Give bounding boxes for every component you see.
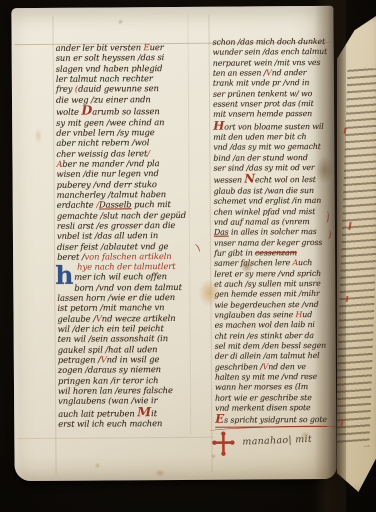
ink-text: born /vnd von dem talmut — [74, 282, 182, 293]
ink-text: ten wil /sein assonshait (in — [58, 333, 168, 344]
ink-text: lassen horn /wie er die uden — [57, 292, 175, 303]
ink-text: wann her morses es (Im — [215, 382, 308, 392]
ink-text: ort von bloame susten wil — [224, 122, 323, 132]
ink-text: nd wecze artikeln — [102, 313, 176, 324]
ink-text: uch — [298, 258, 312, 267]
ink-text: geschriben / — [215, 362, 263, 371]
ink-text: wessen — [214, 176, 245, 185]
ink-text: et auch /sy sullen mit unsre — [214, 279, 320, 289]
ink-text: nerpauret wein /mit vns ves — [213, 58, 321, 68]
ink-text: slagen vnd haben phlegid — [56, 63, 163, 74]
rubricated-text: M — [137, 404, 151, 419]
rubricated-text: D — [81, 103, 92, 118]
ink-text: samer falschen lere — [214, 258, 292, 268]
ink-text: cessenzam — [255, 248, 297, 257]
ink-text: gaukel spil /hat all uden — [58, 344, 158, 355]
ink-text: ler talmut nach rechter — [56, 73, 153, 84]
ink-text: trank mit vnde pr /vnd in — [213, 78, 309, 88]
ink-text: vnd /das sy mit wo gemacht — [213, 142, 321, 152]
text-column-a: ander ler bit versten Euersun er solt he… — [56, 42, 213, 430]
ink-text: nd den ve — [268, 362, 306, 371]
rubricated-text: / — [147, 148, 150, 158]
catchword: manahao| mit — [242, 434, 312, 448]
ink-text: Dasselb — [99, 199, 132, 209]
ink-text: vnser nama der keger gross — [214, 237, 322, 247]
ink-text: auch lait petruben — [58, 408, 137, 419]
ink-text: gelaube / — [57, 313, 95, 323]
blue-lombard-initial: h — [55, 263, 73, 288]
ink-text: wisen /die nur legen vnd — [56, 168, 158, 179]
ink-text: sel mit dem /den bessl segen — [215, 341, 326, 351]
ink-text: mit den uden mer bit ch — [213, 132, 306, 142]
ink-text: ist petorn /mit manche vn — [57, 303, 164, 314]
rubricated-text: N — [244, 172, 255, 186]
ink-text: resli arst /es grosser dan die — [57, 220, 175, 231]
ink-text: ander ler bit versten — [56, 42, 144, 53]
ink-text: fur gibt in — [214, 248, 255, 257]
ink-text: sy mit geen /wee chind an — [56, 117, 164, 128]
rubricated-text: H — [213, 118, 224, 132]
ruling-line-bottom — [17, 437, 213, 439]
ink-text: vnglauben das seine — [214, 310, 295, 320]
stain — [117, 19, 123, 24]
ink-text: mancherley /talmut haben — [57, 189, 166, 200]
ink-text: vnd merkent disen spote — [215, 403, 310, 413]
ink-text: wunder sein /das ench talmut — [213, 47, 327, 57]
ink-text: s spricht ysidgrunt so gote — [224, 415, 327, 425]
ink-text: es machen wol den laib ni — [215, 320, 315, 330]
ink-text: nd in wsil ge — [107, 354, 160, 364]
text-line: wolte Darumb so lassen — [56, 104, 210, 118]
text-line: erst wil ich euch machen — [58, 418, 212, 429]
stain — [34, 128, 42, 144]
ink-text: gen hemde essen mit /mihr — [214, 289, 319, 299]
ink-text: sun er solt heyssen /das si — [56, 52, 165, 63]
ink-text: zogen /daraus sy niemen — [58, 365, 161, 376]
rubricated-text: hye nach der talmutlert — [77, 261, 175, 272]
ink-text: Das — [214, 228, 229, 237]
ink-text: ber ne mander /vnd pla — [62, 158, 159, 169]
ink-text: ten an essen / — [213, 68, 266, 77]
ink-text: vnbel ist /das all uden in — [57, 230, 158, 241]
ink-text: wie begerdeuchen ste /vnd — [214, 300, 318, 310]
ink-text: cher weissig das leret — [56, 148, 147, 159]
ink-text: erst wil ich euch machen — [58, 418, 162, 429]
ink-text: petragen / — [58, 355, 101, 365]
ink-text: nd ander — [272, 68, 307, 77]
ink-text: hort wie er geschribe ste — [215, 393, 312, 403]
ink-text: leret er sy mere /vnd sprich — [214, 269, 321, 279]
ink-text: die weg /zu einer andn — [56, 94, 151, 105]
collation-cross-icon — [211, 431, 235, 461]
ink-text: gemachte /slut nach der gepüd — [57, 209, 186, 220]
ink-text: vnd auf namal as (vnrem — [214, 217, 310, 227]
ink-text: essent vnser prot das (mit — [213, 99, 314, 109]
stain — [155, 469, 166, 477]
ink-text: schon /das mich doch dunket — [213, 37, 326, 47]
gutter-shadow — [314, 0, 346, 512]
manuscript-page-left: ander ler bit versten Euersun er solt he… — [11, 6, 336, 481]
rubricated-text: E — [215, 412, 224, 426]
rubricated-text: von falschen artikeln — [84, 251, 171, 262]
ink-text: cht rein /es stinkt aber da — [215, 331, 314, 341]
ink-text: ser prünen tenkent w/ wo — [213, 89, 312, 99]
ink-text: bind /an der stund wond — [213, 153, 307, 163]
manuscript-photo: ander ler bit versten Euersun er solt he… — [0, 0, 376, 512]
ink-text: mer ich wil euch offen — [74, 272, 167, 283]
ink-text: uer — [150, 42, 164, 52]
ink-text: puch mit — [132, 199, 171, 209]
ink-text: erdachte — [57, 200, 97, 210]
ink-text: ud — [302, 310, 312, 319]
ink-text: arumb so lassen — [92, 106, 160, 116]
ink-text: glaub das ist /wan die sun — [214, 186, 314, 196]
ink-text: ser sind /das sy mit od ver — [213, 163, 314, 173]
ink-text: pringen kan /ir teror ich — [58, 375, 158, 386]
ink-text: der vnbel lern /sy muge — [56, 127, 154, 138]
ink-text: dauid gewunne sen — [78, 83, 159, 94]
ink-text: schemet vnd erglist /in man — [214, 196, 321, 206]
ink-text: it — [151, 408, 157, 418]
ink-text: diser feist /ablautet vnd ge — [57, 241, 168, 252]
ink-text: in alles in solcher mas — [229, 227, 317, 237]
ink-text: echt wol on lest — [255, 175, 316, 184]
ink-text: aber nicht rebern /wol — [56, 137, 149, 148]
ink-text: puberey /vnd derr stuko — [57, 179, 157, 190]
ink-text: wolte — [56, 107, 81, 117]
stain — [95, 463, 101, 469]
ink-text: der di allein /am talmut hel — [215, 351, 320, 361]
ink-text: halten sy mit me /vnd rese — [215, 372, 317, 382]
ink-text: mit vnsern hemde passen — [213, 109, 312, 119]
text-line: auch lait petruben Mit — [58, 405, 212, 419]
ink-text: frey — [56, 84, 75, 94]
ink-text: chen winkel pfad vnd mist — [214, 207, 315, 217]
